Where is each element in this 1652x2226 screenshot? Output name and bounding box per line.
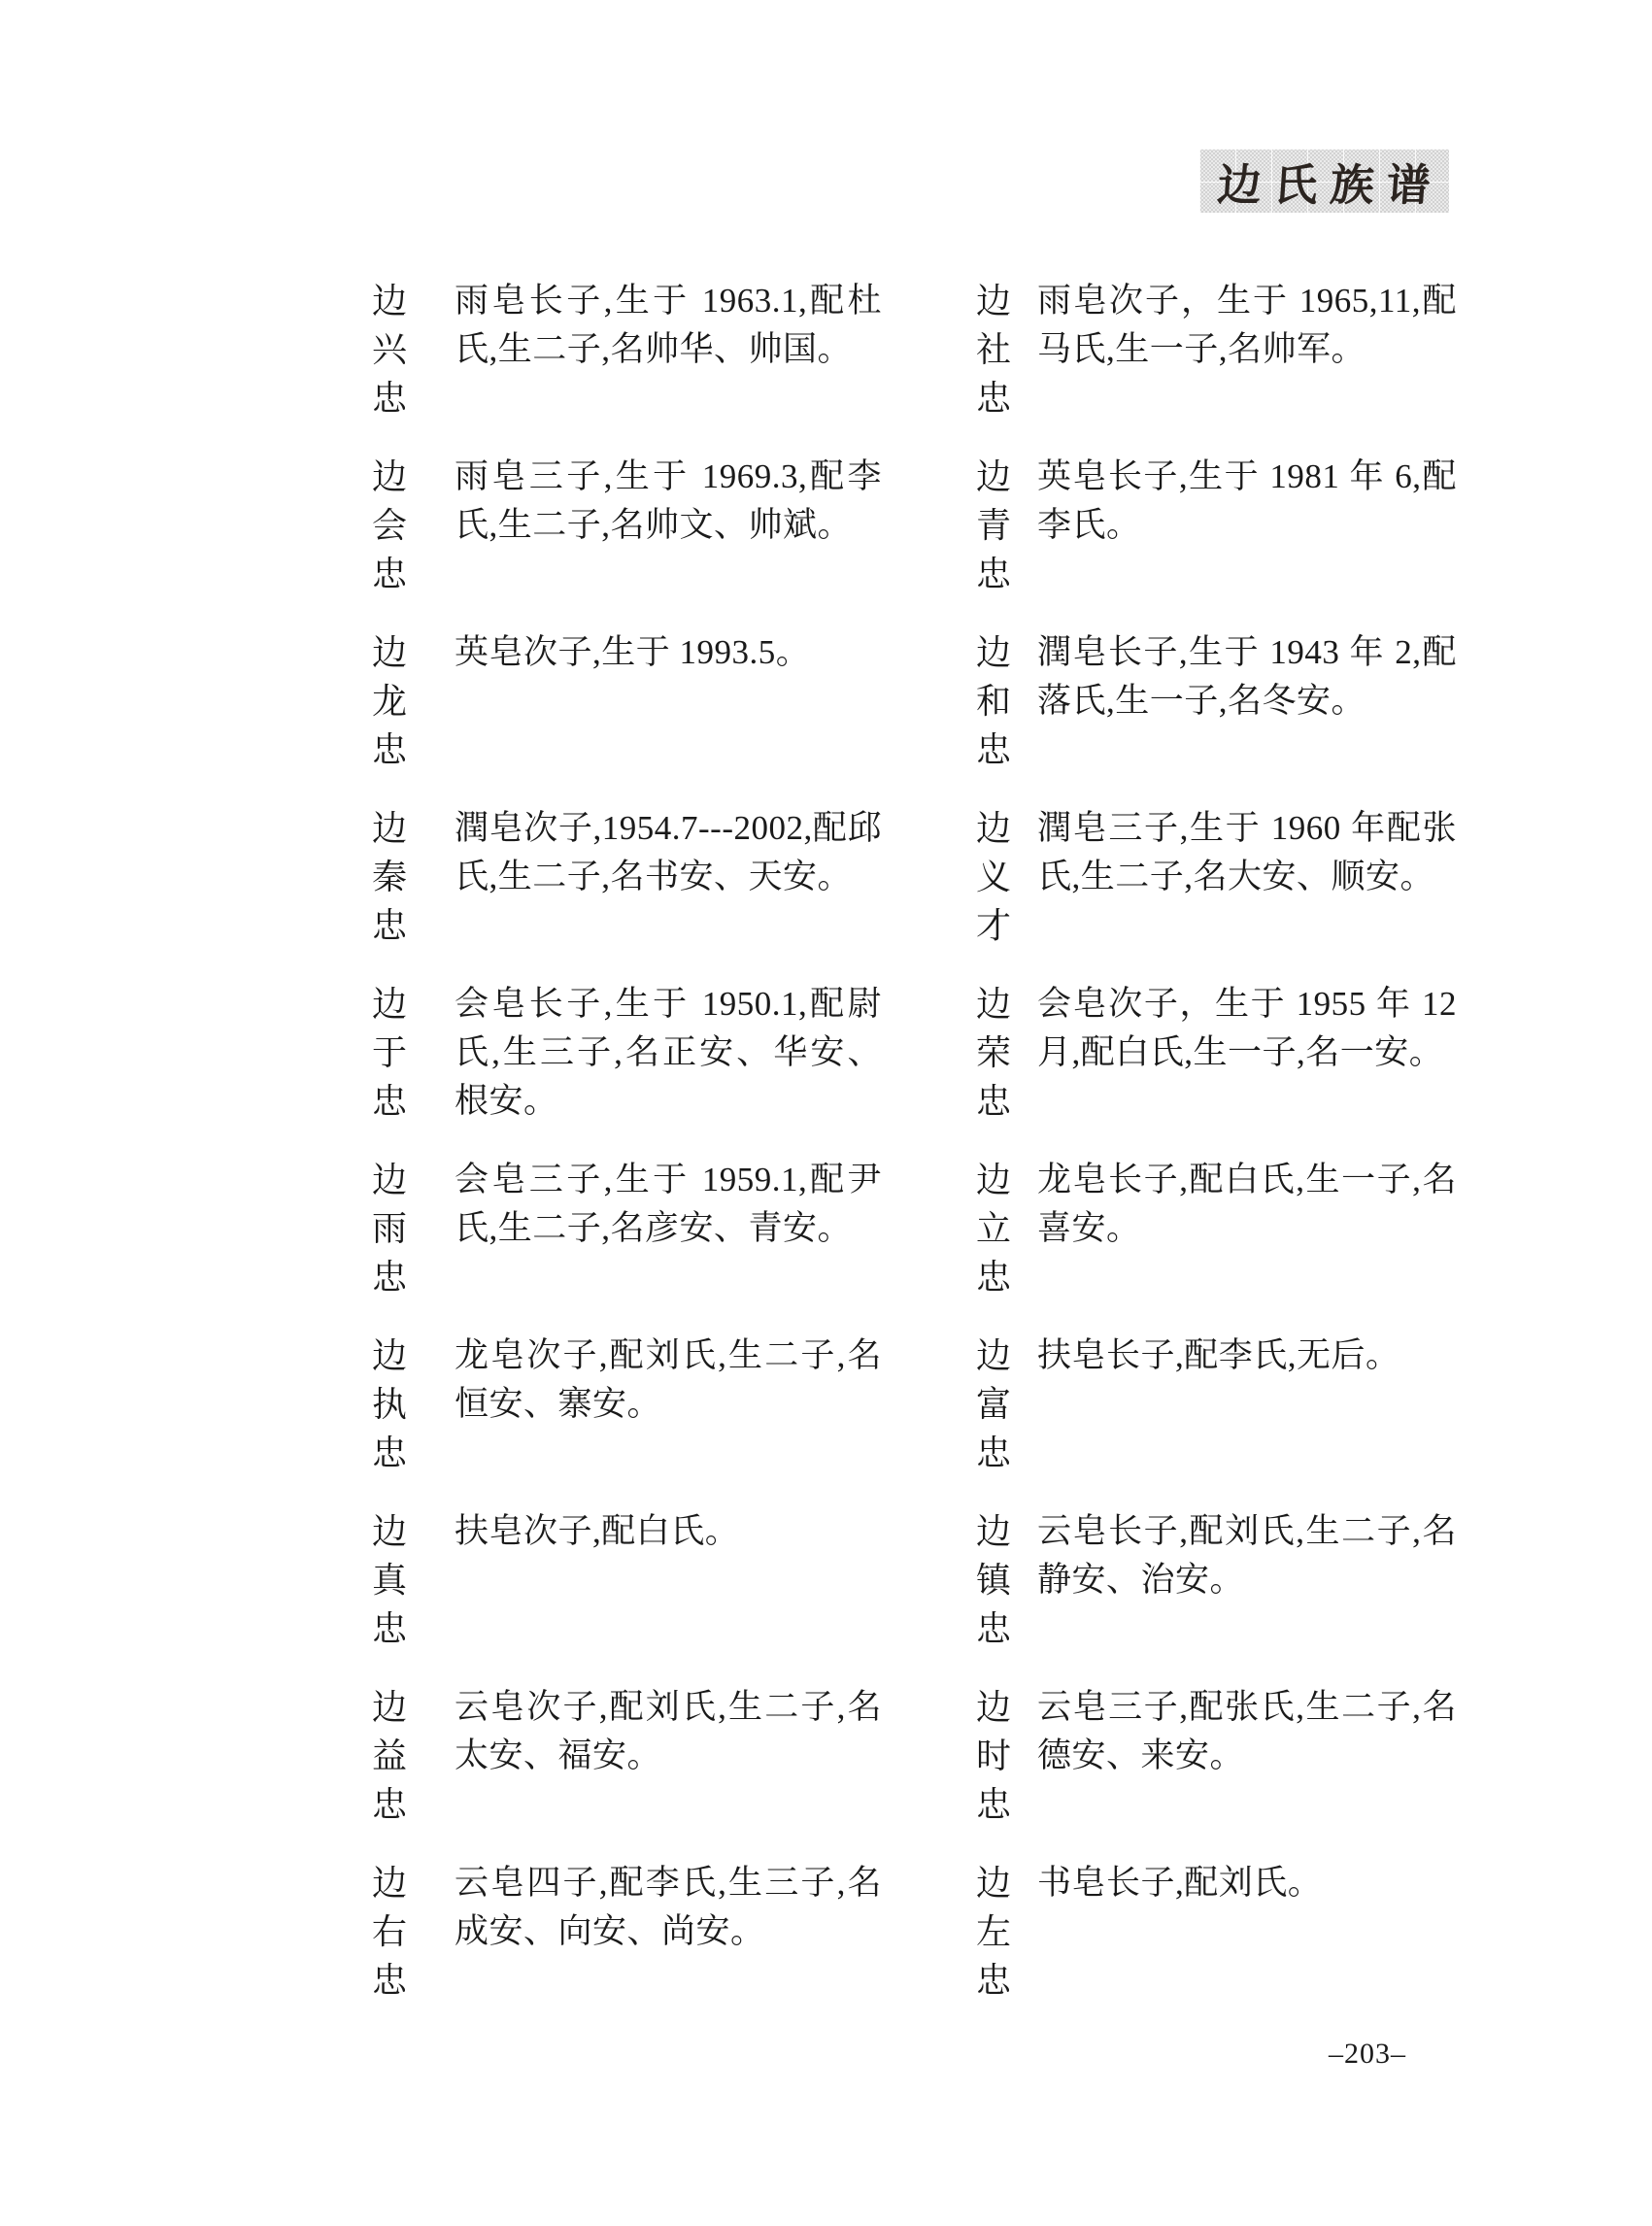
genealogy-entry: 边秦忠 潤皂次子,1954.7---2002,配邱氏,生二子,名书安、天安。 <box>372 804 882 950</box>
person-name: 边荣忠 <box>976 980 1015 1126</box>
genealogy-entry: 边义才 潤皂三子,生于 1960 年配张氏,生二子,名大安、顺安。 <box>976 804 1457 950</box>
genealogy-entry: 边益忠 云皂次子,配刘氏,生二子,名太安、福安。 <box>372 1683 882 1829</box>
person-name: 边会忠 <box>372 453 411 598</box>
genealogy-entry: 边执忠 龙皂次子,配刘氏,生二子,名恒安、寨安。 <box>372 1332 882 1477</box>
person-name: 边和忠 <box>976 628 1015 774</box>
person-record: 潤皂三子,生于 1960 年配张氏,生二子,名大安、顺安。 <box>1037 804 1457 901</box>
genealogy-entries: 边兴忠 雨皂长子,生于 1963.1,配杜氏,生二子,名帅华、帅国。 边社忠 雨… <box>372 277 1457 2035</box>
book-title-banner: 边氏族谱 <box>1199 149 1449 213</box>
genealogy-entry: 边和忠 潤皂长子,生于 1943 年 2,配落氏,生一子,名冬安。 <box>976 628 1457 774</box>
genealogy-entry: 边立忠 龙皂长子,配白氏,生一子,名喜安。 <box>976 1156 1457 1301</box>
person-name: 边社忠 <box>976 277 1015 422</box>
entry-row: 边秦忠 潤皂次子,1954.7---2002,配邱氏,生二子,名书安、天安。 边… <box>372 804 1457 980</box>
person-name: 边富忠 <box>976 1332 1015 1477</box>
page-number: –203– <box>1329 2038 1406 2071</box>
person-name: 边兴忠 <box>372 277 411 422</box>
person-record: 龙皂长子,配白氏,生一子,名喜安。 <box>1037 1156 1457 1253</box>
person-name: 边右忠 <box>372 1859 411 2005</box>
genealogy-entry: 边荣忠 会皂次子，生于 1955 年 12 月,配白氏,生一子,名一安。 <box>976 980 1457 1126</box>
entry-row: 边兴忠 雨皂长子,生于 1963.1,配杜氏,生二子,名帅华、帅国。 边社忠 雨… <box>372 277 1457 453</box>
entry-row: 边于忠 会皂长子,生于 1950.1,配尉氏,生三子,名正安、华安、根安。 边荣… <box>372 980 1457 1156</box>
genealogy-entry: 边真忠 扶皂次子,配白氏。 <box>372 1507 882 1653</box>
genealogy-entry: 边时忠 云皂三子,配张氏,生二子,名德安、来安。 <box>976 1683 1457 1829</box>
genealogy-entry: 边于忠 会皂长子,生于 1950.1,配尉氏,生三子,名正安、华安、根安。 <box>372 980 882 1126</box>
person-record: 会皂次子，生于 1955 年 12 月,配白氏,生一子,名一安。 <box>1037 980 1457 1077</box>
person-record: 会皂长子,生于 1950.1,配尉氏,生三子,名正安、华安、根安。 <box>455 980 882 1126</box>
genealogy-entry: 边龙忠 英皂次子,生于 1993.5。 <box>372 628 882 774</box>
person-record: 会皂三子,生于 1959.1,配尹氏,生二子,名彦安、青安。 <box>455 1156 882 1253</box>
person-record: 云皂长子,配刘氏,生二子,名静安、治安。 <box>1037 1507 1457 1604</box>
person-record: 扶皂长子,配李氏,无后。 <box>1037 1332 1457 1380</box>
person-record: 龙皂次子,配刘氏,生二子,名恒安、寨安。 <box>455 1332 882 1429</box>
person-record: 雨皂三子,生于 1969.3,配李氏,生二子,名帅文、帅斌。 <box>455 453 882 550</box>
person-record: 英皂次子,生于 1993.5。 <box>455 628 882 677</box>
genealogy-entry: 边镇忠 云皂长子,配刘氏,生二子,名静安、治安。 <box>976 1507 1457 1653</box>
person-name: 边立忠 <box>976 1156 1015 1301</box>
genealogy-entry: 边左忠 书皂长子,配刘氏。 <box>976 1859 1457 2005</box>
book-title: 边氏族谱 <box>1203 150 1446 213</box>
person-record: 云皂三子,配张氏,生二子,名德安、来安。 <box>1037 1683 1457 1780</box>
person-record: 书皂长子,配刘氏。 <box>1037 1859 1457 1907</box>
genealogy-entry: 边社忠 雨皂次子，生于 1965,11,配马氏,生一子,名帅军。 <box>976 277 1457 422</box>
genealogy-entry: 边青忠 英皂长子,生于 1981 年 6,配李氏。 <box>976 453 1457 598</box>
genealogy-entry: 边雨忠 会皂三子,生于 1959.1,配尹氏,生二子,名彦安、青安。 <box>372 1156 882 1301</box>
person-record: 潤皂次子,1954.7---2002,配邱氏,生二子,名书安、天安。 <box>455 804 882 901</box>
person-record: 雨皂次子，生于 1965,11,配马氏,生一子,名帅军。 <box>1037 277 1457 374</box>
entry-row: 边会忠 雨皂三子,生于 1969.3,配李氏,生二子,名帅文、帅斌。 边青忠 英… <box>372 453 1457 628</box>
genealogy-entry: 边富忠 扶皂长子,配李氏,无后。 <box>976 1332 1457 1477</box>
entry-row: 边真忠 扶皂次子,配白氏。 边镇忠 云皂长子,配刘氏,生二子,名静安、治安。 <box>372 1507 1457 1683</box>
scanned-genealogy-page: { "header": { "title": "边氏族谱" }, "footer… <box>0 0 1652 2226</box>
person-name: 边义才 <box>976 804 1015 950</box>
person-record: 雨皂长子,生于 1963.1,配杜氏,生二子,名帅华、帅国。 <box>455 277 882 374</box>
person-name: 边益忠 <box>372 1683 411 1829</box>
person-record: 潤皂长子,生于 1943 年 2,配落氏,生一子,名冬安。 <box>1037 628 1457 725</box>
entry-row: 边龙忠 英皂次子,生于 1993.5。 边和忠 潤皂长子,生于 1943 年 2… <box>372 628 1457 804</box>
person-name: 边执忠 <box>372 1332 411 1477</box>
person-name: 边雨忠 <box>372 1156 411 1301</box>
entry-row: 边益忠 云皂次子,配刘氏,生二子,名太安、福安。 边时忠 云皂三子,配张氏,生二… <box>372 1683 1457 1859</box>
entry-row: 边执忠 龙皂次子,配刘氏,生二子,名恒安、寨安。 边富忠 扶皂长子,配李氏,无后… <box>372 1332 1457 1507</box>
person-name: 边青忠 <box>976 453 1015 598</box>
genealogy-entry: 边右忠 云皂四子,配李氏,生三子,名成安、向安、尚安。 <box>372 1859 882 2005</box>
person-name: 边于忠 <box>372 980 411 1126</box>
person-name: 边时忠 <box>976 1683 1015 1829</box>
person-name: 边真忠 <box>372 1507 411 1653</box>
entry-row: 边右忠 云皂四子,配李氏,生三子,名成安、向安、尚安。 边左忠 书皂长子,配刘氏… <box>372 1859 1457 2035</box>
person-name: 边秦忠 <box>372 804 411 950</box>
entry-row: 边雨忠 会皂三子,生于 1959.1,配尹氏,生二子,名彦安、青安。 边立忠 龙… <box>372 1156 1457 1332</box>
person-record: 英皂长子,生于 1981 年 6,配李氏。 <box>1037 453 1457 550</box>
person-record: 云皂四子,配李氏,生三子,名成安、向安、尚安。 <box>455 1859 882 1956</box>
genealogy-entry: 边会忠 雨皂三子,生于 1969.3,配李氏,生二子,名帅文、帅斌。 <box>372 453 882 598</box>
person-name: 边龙忠 <box>372 628 411 774</box>
person-name: 边左忠 <box>976 1859 1015 2005</box>
person-record: 扶皂次子,配白氏。 <box>455 1507 882 1556</box>
person-name: 边镇忠 <box>976 1507 1015 1653</box>
person-record: 云皂次子,配刘氏,生二子,名太安、福安。 <box>455 1683 882 1780</box>
genealogy-entry: 边兴忠 雨皂长子,生于 1963.1,配杜氏,生二子,名帅华、帅国。 <box>372 277 882 422</box>
